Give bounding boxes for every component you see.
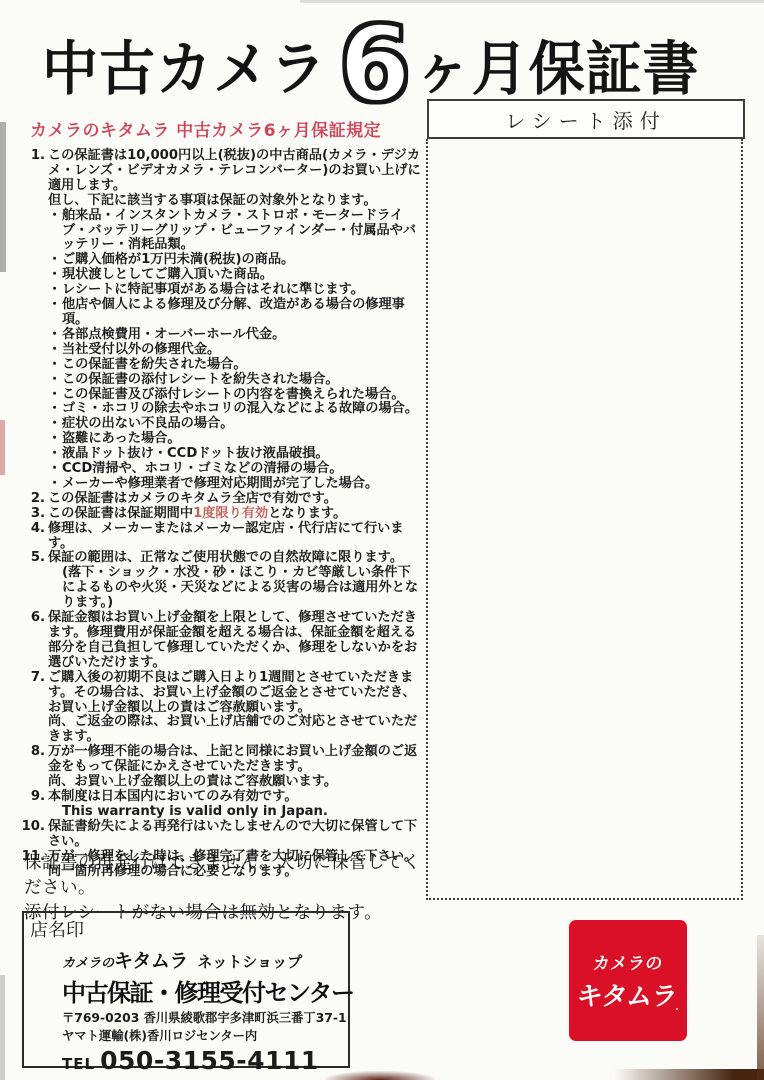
bullet-dot-icon: ・ <box>48 209 62 254</box>
bullet-text: 舶来品・インスタントカメラ・ストロボ・モータードライブ・バッテリーグリップ・ビュ… <box>62 209 423 254</box>
brand-suffix-text: ネットショップ <box>197 953 302 971</box>
bullet-text: 各部点検費用・オーバーホール代金。 <box>62 328 423 343</box>
bullet-text: 現状渡しとしてご購入頂いた商品。 <box>62 268 423 283</box>
term-bullet-line: ・レシートに特記事項がある場合はそれに準じます。 <box>48 283 423 298</box>
bullet-text: 盗難にあった場合。 <box>62 432 423 447</box>
reception-center-name: 中古保証・修理受付センター <box>62 973 342 1008</box>
scan-artifact-top-edge <box>300 0 764 3</box>
term-body: 保証金額はお買い上げ金額を上限として、修理させていただきます。修理費用が保証金額… <box>48 611 423 671</box>
term-number: 5. <box>21 551 48 611</box>
term-bullet-line: ・液晶ドット抜け・CCDドット抜け液晶破損。 <box>48 447 423 462</box>
bullet-text: ご購入価格が1万円未満(税抜)の商品。 <box>62 253 423 268</box>
term-number: 8. <box>21 745 48 790</box>
term-line: 尚、お買い上げ金額以上の責はご容赦願います。 <box>48 775 423 790</box>
scan-artifact-right-edge <box>757 935 764 1080</box>
bullet-dot-icon: ・ <box>48 432 62 447</box>
bullet-dot-icon: ・ <box>48 343 62 358</box>
term-item-4: 4.修理は、メーカーまたはメーカー認定店・代行店にて行います。 <box>21 522 423 552</box>
term-item-9: 9.本制度は日本国内においてのみ有効です。This warranty is va… <box>21 790 423 820</box>
term-line: 但し、下記に該当する事項は保証の対象外となります。 <box>48 194 423 209</box>
footer-note-line1: 保証書の再発行はできません。大切に保管してください。 <box>24 851 426 901</box>
bullet-dot-icon: ・ <box>48 358 62 373</box>
highlight-red-text: 1度限り有効 <box>193 506 268 521</box>
term-number: 2. <box>21 492 48 507</box>
term-bullet-line: ・他店や個人による修理及び分解、改造がある場合の修理事項。 <box>48 298 423 328</box>
receipt-attach-label: レシート添付 <box>505 105 667 134</box>
term-item-5: 5.保証の範囲は、正常なご使用状態での自然故障に限ります。(落下・ショック・水没… <box>21 551 423 611</box>
term-body: この保証書はカメラのキタムラ全店で有効です。 <box>48 492 423 507</box>
scan-artifact-left-red-mark <box>0 420 5 475</box>
term-item-10: 10.保証書紛失による再発行はいたしませんので大切に保管して下さい。 <box>21 820 423 850</box>
term-number: 6. <box>21 611 48 671</box>
scan-artifact-left-lower-edge <box>0 975 5 1080</box>
term-bullet-line: ・この保証書の添付レシートを紛失された場合。 <box>48 373 423 388</box>
bullet-dot-icon: ・ <box>48 447 62 462</box>
term-item-1: 1.この保証書は10,000円以上(税抜)の中古商品(カメラ・デジカメ・レンズ・… <box>21 149 423 492</box>
bullet-dot-icon: ・ <box>48 402 62 417</box>
term-body: ご購入後の初期不良はご購入日より1週間とさせていただきます。その場合は、お買い上… <box>48 671 423 746</box>
bullet-text: 他店や個人による修理及び分解、改造がある場合の修理事項。 <box>62 298 423 328</box>
term-line: この保証書は10,000円以上(税抜)の中古商品(カメラ・デジカメ・レンズ・ビデ… <box>48 149 423 194</box>
term-number: 7. <box>21 671 48 746</box>
bullet-dot-icon: ・ <box>48 298 62 328</box>
logo-top-text: カメラの <box>592 949 665 974</box>
title-right: ヶ月保証書 <box>415 23 700 106</box>
term-item-6: 6.保証金額はお買い上げ金額を上限として、修理させていただきます。修理費用が保証… <box>21 611 423 671</box>
address-line1: 〒769-0203 香川県綾歌郡宇多津町浜三番丁37-1 <box>62 1008 342 1026</box>
term-body: 修理は、メーカーまたはメーカー認定店・代行店にて行います。 <box>48 522 423 552</box>
bullet-text: この保証書を紛失された場合。 <box>62 358 423 373</box>
term-line-with-highlight: この保証書は保証期間中1度限り有効となります。 <box>48 507 423 522</box>
bullet-text: 症状の出ない不良品の場合。 <box>62 417 423 432</box>
brand-small-text: カメラの <box>62 956 114 971</box>
bullet-text: この保証書の添付レシートを紛失された場合。 <box>62 373 423 388</box>
scan-artifact-bottom-right-shadow <box>614 1069 764 1080</box>
tel-number: 050-3155-4111 <box>100 1046 319 1075</box>
term-bullet-line: ・この保証書を紛失された場合。 <box>48 358 423 373</box>
term-item-2: 2.この保証書はカメラのキタムラ全店で有効です。 <box>21 492 423 507</box>
bullet-dot-icon: ・ <box>48 417 62 432</box>
term-bullet-line: ・ご購入価格が1万円未満(税抜)の商品。 <box>48 253 423 268</box>
receipt-attach-label-box: レシート添付 <box>427 99 745 139</box>
bullet-text: 液晶ドット抜け・CCDドット抜け液晶破損。 <box>62 447 423 462</box>
bullet-text: レシートに特記事項がある場合はそれに準じます。 <box>62 283 423 298</box>
bullet-dot-icon: ・ <box>48 462 62 477</box>
term-text: この保証書は保証期間中 <box>48 506 193 521</box>
term-bullet-line: ・症状の出ない不良品の場合。 <box>48 417 423 432</box>
bullet-text: メーカーや修理業者で修理対応期間が完了した場合。 <box>62 477 423 492</box>
term-bullet-line: ・現状渡しとしてご購入頂いた商品。 <box>48 268 423 283</box>
term-body: 保証の範囲は、正常なご使用状態での自然故障に限ります。(落下・ショック・水没・砂… <box>48 551 423 611</box>
term-body: この保証書は10,000円以上(税抜)の中古商品(カメラ・デジカメ・レンズ・ビデ… <box>48 149 423 492</box>
brand-main-text: キタムラ <box>114 950 188 972</box>
term-text: となります。 <box>268 506 346 521</box>
term-line: 保証金額はお買い上げ金額を上限として、修理させていただきます。修理費用が保証金額… <box>48 611 423 671</box>
term-number: 3. <box>21 507 48 522</box>
kitamura-logo: カメラの キタムラ. <box>569 920 687 1041</box>
term-body: 保証書紛失による再発行はいたしませんので大切に保管して下さい。 <box>48 820 423 850</box>
store-stamp-box: 店名印 カメラのキタムラ ネットショップ 中古保証・修理受付センター 〒769-… <box>22 911 350 1068</box>
term-number: 1. <box>21 149 48 492</box>
term-bullet-line: ・CCD清掃や、ホコリ・ゴミなどの清掃の場合。 <box>48 462 423 477</box>
bullet-dot-icon: ・ <box>48 253 62 268</box>
term-line: 尚、ご返金の際は、お買い上げ店舗でのご対応とさせていただきます。 <box>48 715 423 745</box>
term-line: 本制度は日本国内においてのみ有効です。 <box>48 790 423 805</box>
term-line: This warranty is valid only in Japan. <box>48 805 423 820</box>
bullet-dot-icon: ・ <box>48 283 62 298</box>
netshop-brand-line: カメラのキタムラ ネットショップ <box>62 946 342 973</box>
receipt-attach-area <box>426 139 743 900</box>
term-line: 万が一修理不能の場合は、上記と同様にお買い上げ金額のご返金をもって保証にかえさせ… <box>48 745 423 775</box>
term-line: ご購入後の初期不良はご購入日より1週間とさせていただきます。その場合は、お買い上… <box>48 671 423 716</box>
bullet-dot-icon: ・ <box>48 388 62 403</box>
warranty-rules-subtitle: カメラのキタムラ 中古カメラ6ヶ月保証規定 <box>30 116 381 141</box>
telephone-line: TEL 050-3155-4111 <box>62 1046 342 1075</box>
bullet-dot-icon: ・ <box>48 373 62 388</box>
scan-artifact-left-edge <box>0 122 6 272</box>
term-body: 本制度は日本国内においてのみ有効です。This warranty is vali… <box>48 790 423 820</box>
term-line: 修理は、メーカーまたはメーカー認定店・代行店にて行います。 <box>48 522 423 552</box>
term-item-8: 8.万が一修理不能の場合は、上記と同様にお買い上げ金額のご返金をもって保証にかえ… <box>21 745 423 790</box>
bullet-dot-icon: ・ <box>48 268 62 283</box>
term-bullet-line: ・各部点検費用・オーバーホール代金。 <box>48 328 423 343</box>
term-number: 4. <box>21 522 48 552</box>
term-bullet-line: ・当社受付以外の修理代金。 <box>48 343 423 358</box>
logo-bottom-text: キタムラ. <box>575 976 681 1013</box>
store-stamp-label: 店名印 <box>30 916 342 942</box>
bullet-dot-icon: ・ <box>48 328 62 343</box>
term-number: 10. <box>21 820 48 850</box>
tel-label: TEL <box>62 1055 95 1073</box>
title-number-six: 6 <box>339 14 411 117</box>
term-line: この保証書はカメラのキタムラ全店で有効です。 <box>48 492 423 507</box>
address-line2: ヤマト運輸(株)香川ロジセンター内 <box>62 1026 342 1044</box>
term-body: この保証書は保証期間中1度限り有効となります。 <box>48 507 423 522</box>
term-line: 保証書紛失による再発行はいたしませんので大切に保管して下さい。 <box>48 820 423 850</box>
term-line: (落下・ショック・水没・砂・ほこり・カビ等厳しい条件下によるものや火災・天災など… <box>48 566 423 611</box>
term-bullet-line: ・メーカーや修理業者で修理対応期間が完了した場合。 <box>48 477 423 492</box>
title-left: 中古カメラ <box>42 23 327 106</box>
bullet-text: CCD清掃や、ホコリ・ゴミなどの清掃の場合。 <box>62 462 423 477</box>
bullet-text: 当社受付以外の修理代金。 <box>62 343 423 358</box>
term-item-7: 7.ご購入後の初期不良はご購入日より1週間とさせていただきます。その場合は、お買… <box>21 671 423 746</box>
bullet-dot-icon: ・ <box>48 477 62 492</box>
term-item-3: 3.この保証書は保証期間中1度限り有効となります。 <box>21 507 423 522</box>
term-body: 万が一修理不能の場合は、上記と同様にお買い上げ金額のご返金をもって保証にかえさせ… <box>48 745 423 790</box>
term-bullet-line: ・舶来品・インスタントカメラ・ストロボ・モータードライブ・バッテリーグリップ・ビ… <box>48 209 423 254</box>
term-bullet-line: ・盗難にあった場合。 <box>48 432 423 447</box>
term-number: 9. <box>21 790 48 820</box>
warranty-terms-list: 1.この保証書は10,000円以上(税抜)の中古商品(カメラ・デジカメ・レンズ・… <box>21 149 423 879</box>
